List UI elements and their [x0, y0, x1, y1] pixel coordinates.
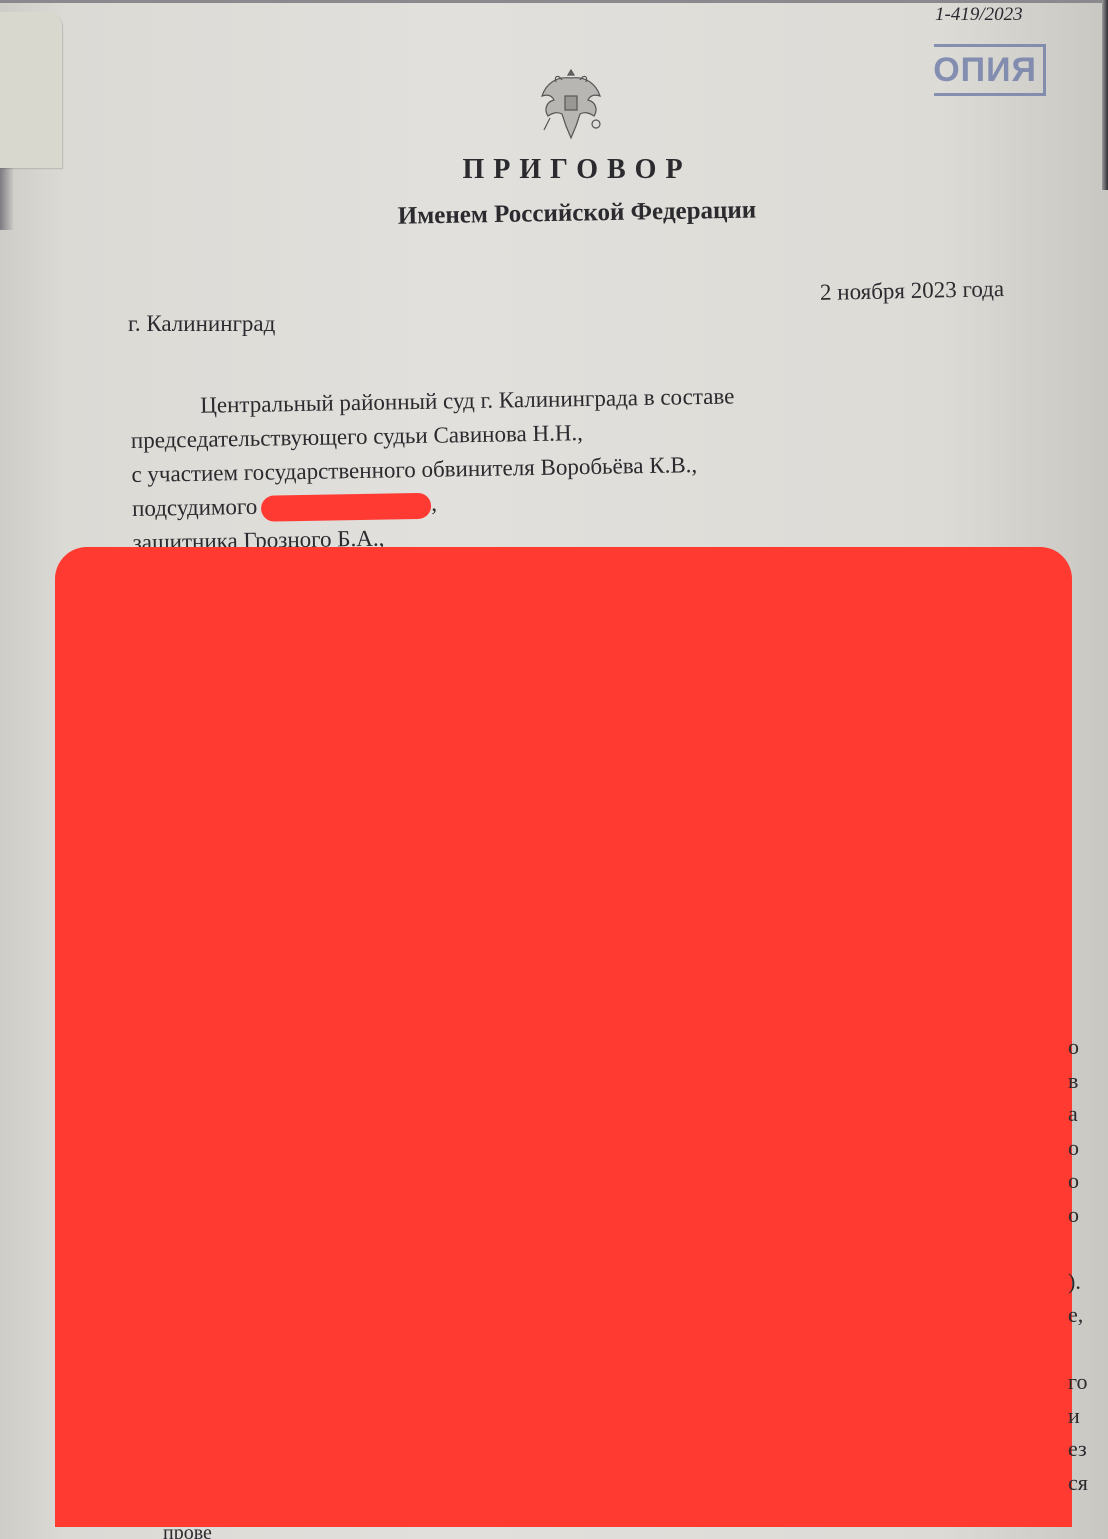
- verdict-city: г. Калининград: [128, 311, 275, 337]
- photo-top-edge: [0, 0, 1108, 3]
- edge-fragment: о: [1068, 1198, 1108, 1232]
- copy-stamp: ОПИЯ: [934, 44, 1046, 96]
- sticky-note: [0, 12, 62, 168]
- right-edge-text-fragments: о в а о о о ). е, го и ез ся: [1068, 1030, 1108, 1499]
- edge-fragment: [1068, 1231, 1108, 1265]
- edge-fragment: а: [1068, 1097, 1108, 1131]
- defendant-suffix: ,: [431, 491, 437, 516]
- edge-fragment: е,: [1068, 1298, 1108, 1332]
- edge-fragment: ез: [1068, 1432, 1108, 1466]
- case-number: 1-419/2023: [935, 4, 1023, 26]
- verdict-date: 2 ноября 2023 года: [820, 276, 1005, 306]
- edge-fragment: ).: [1068, 1265, 1108, 1299]
- document-subtitle: Именем Российской Федерации: [0, 190, 1108, 237]
- edge-fragment: ся: [1068, 1466, 1108, 1500]
- edge-fragment: го: [1068, 1365, 1108, 1399]
- defendant-name-redaction: [261, 492, 431, 521]
- redaction-block: [55, 547, 1072, 1527]
- edge-fragment: и: [1068, 1399, 1108, 1433]
- edge-fragment: о: [1068, 1131, 1108, 1165]
- edge-fragment: о: [1068, 1164, 1108, 1198]
- document-title: ПРИГОВОР: [0, 154, 1108, 186]
- defendant-label: подсудимого: [132, 494, 258, 521]
- edge-fragment: о: [1068, 1030, 1108, 1064]
- russian-coat-of-arms-icon: [536, 66, 606, 142]
- bottom-text-fragment: прове: [163, 1522, 212, 1539]
- edge-fragment: [1068, 1332, 1108, 1366]
- edge-fragment: в: [1068, 1064, 1108, 1098]
